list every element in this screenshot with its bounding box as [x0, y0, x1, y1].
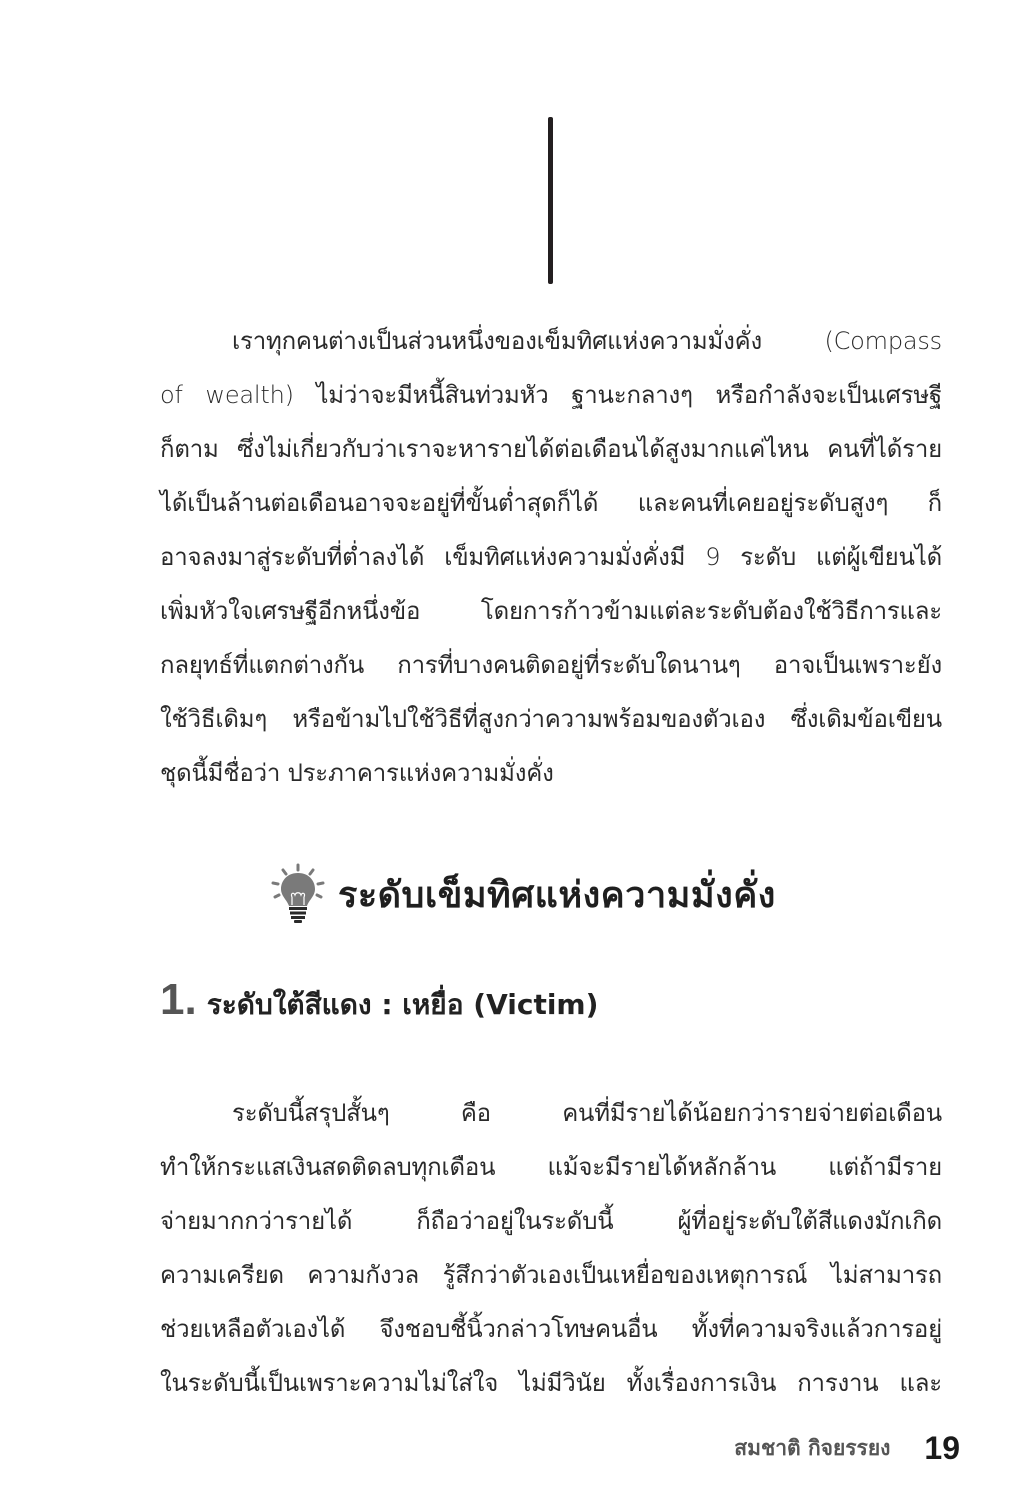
- level1-line: ในระดับนี้เป็นเพราะความไม่ใส่ใจ ไม่มีวิน…: [160, 1356, 942, 1410]
- intro-line: of wealth) ไม่ว่าจะมีหนี้สินท่วมหัว ฐานะ…: [160, 368, 942, 422]
- level1-line: ความเครียด ความกังวล รู้สึกว่าตัวเองเป็น…: [160, 1248, 942, 1302]
- page-footer: สมชาติ กิจยรรยง 19: [700, 1430, 960, 1467]
- level-number: 1.: [160, 975, 197, 1025]
- level1-paragraph: ระดับนี้สรุปสั้นๆ คือ คนที่มีรายได้น้อยก…: [160, 1086, 942, 1410]
- level1-line: ช่วยเหลือตัวเองได้ จึงชอบชี้นิ้วกล่าวโทษ…: [160, 1302, 942, 1356]
- lightbulb-icon: [268, 863, 328, 925]
- level1-line: ระดับนี้สรุปสั้นๆ คือ คนที่มีรายได้น้อยก…: [160, 1086, 942, 1140]
- level-heading: 1. ระดับใต้สีแดง : เหยื่อ (Victim): [160, 975, 598, 1027]
- page-number: 19: [924, 1430, 960, 1467]
- section-heading: ระดับเข็มทิศแห่งความมั่งคั่ง: [268, 862, 776, 926]
- intro-line: ใช้วิธีเดิมๆ หรือข้ามไปใช้วิธีที่สูงกว่า…: [160, 692, 942, 746]
- chapter-divider-rule: [548, 117, 553, 284]
- intro-line: ได้เป็นล้านต่อเดือนอาจจะอยู่ที่ขั้นต่ำสุ…: [160, 476, 942, 530]
- intro-line: อาจลงมาสู่ระดับที่ต่ำลงได้ เข็มทิศแห่งคว…: [160, 530, 942, 584]
- level1-line: ทำให้กระแสเงินสดติดลบทุกเดือน แม้จะมีราย…: [160, 1140, 942, 1194]
- section-title: ระดับเข็มทิศแห่งความมั่งคั่ง: [338, 866, 776, 923]
- intro-line: ชุดนี้มีชื่อว่า ประภาคารแห่งความมั่งคั่ง: [160, 746, 942, 800]
- intro-paragraph: เราทุกคนต่างเป็นส่วนหนึ่งของเข็มทิศแห่งค…: [160, 314, 942, 800]
- intro-line: เพิ่มหัวใจเศรษฐีอีกหนึ่งข้อ โดยการก้าวข้…: [160, 584, 942, 638]
- intro-line: ก็ตาม ซึ่งไม่เกี่ยวกับว่าเราจะหารายได้ต่…: [160, 422, 942, 476]
- author-name: สมชาติ กิจยรรยง: [734, 1432, 890, 1465]
- level-title: ระดับใต้สีแดง : เหยื่อ (Victim): [207, 983, 599, 1027]
- intro-line: เราทุกคนต่างเป็นส่วนหนึ่งของเข็มทิศแห่งค…: [160, 314, 942, 368]
- level1-line: จ่ายมากกว่ารายได้ ก็ถือว่าอยู่ในระดับนี้…: [160, 1194, 942, 1248]
- intro-line: กลยุทธ์ที่แตกต่างกัน การที่บางคนติดอยู่ท…: [160, 638, 942, 692]
